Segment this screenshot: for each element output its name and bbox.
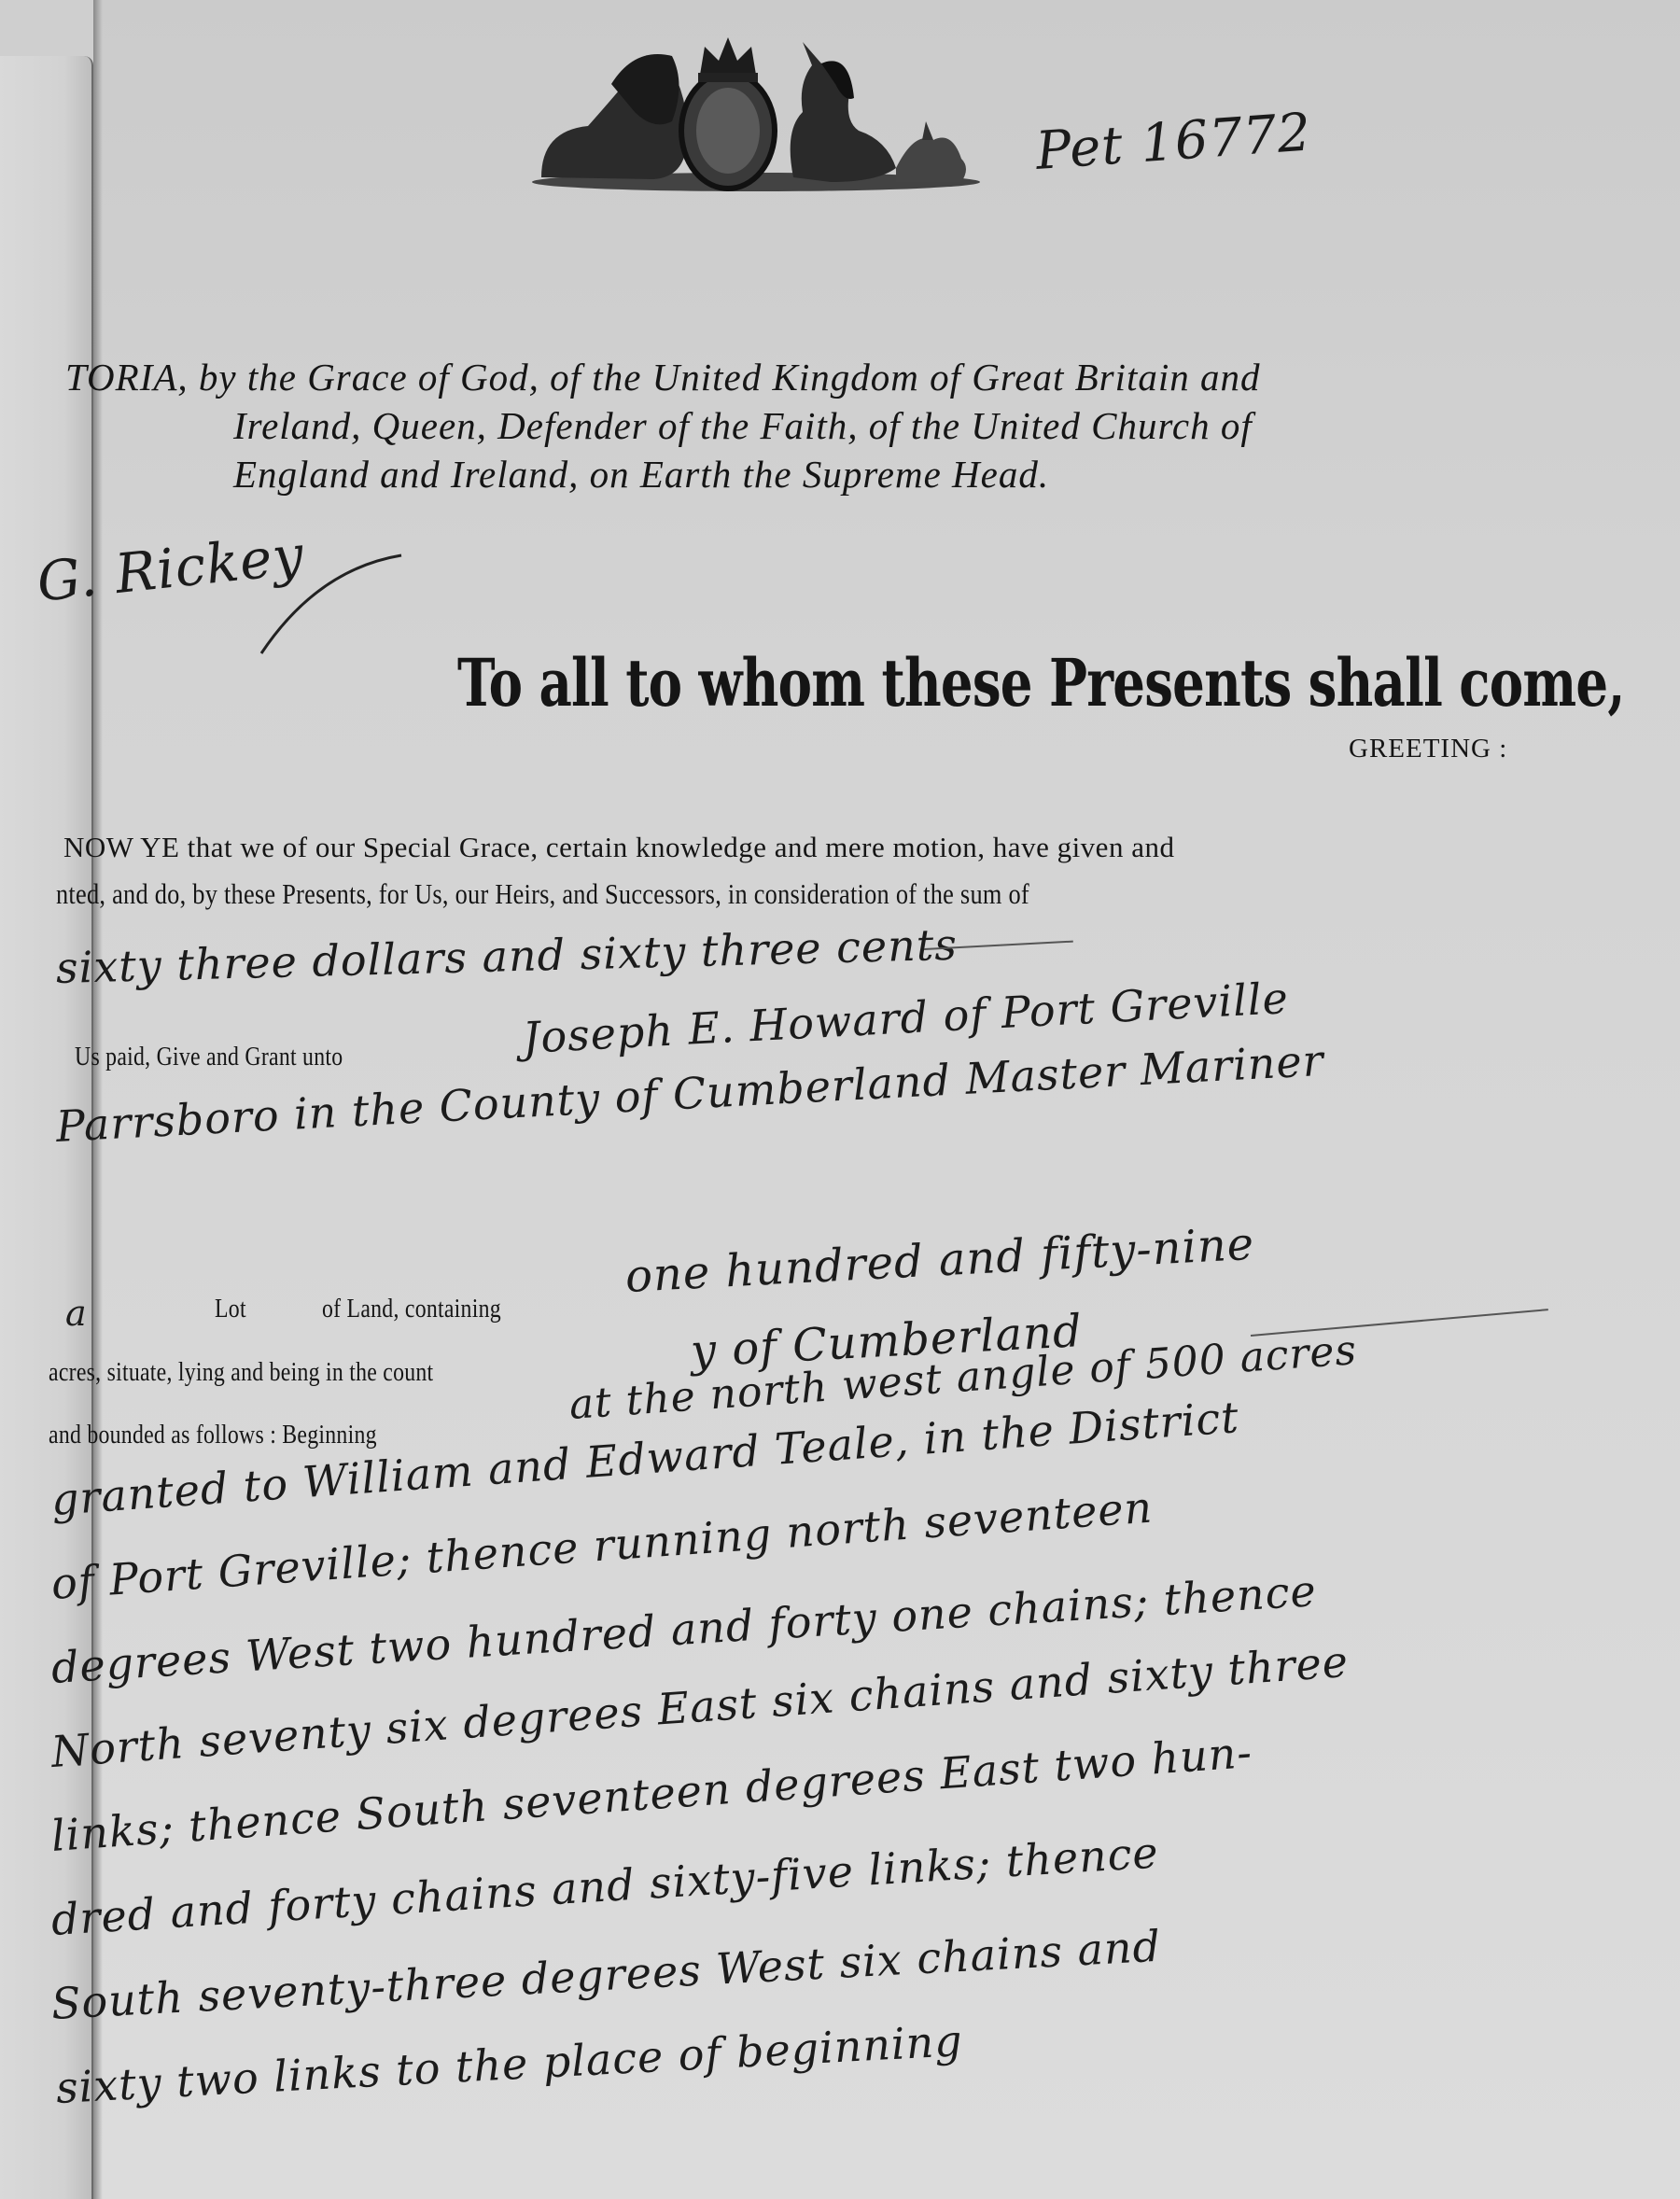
greeting-label: GREETING : [1349, 734, 1507, 764]
signature-flourish-icon [243, 551, 411, 663]
situate-label: acres, situate, lying and being in the c… [49, 1358, 433, 1388]
grant-document-page: Pet 16772 TORIA, by the Grace of God, of… [93, 0, 1680, 2199]
land-article-handwritten: a [65, 1293, 88, 1334]
acreage-handwritten: one hundred and fifty-nine [624, 1218, 1256, 1303]
land-lot-label: Lot [215, 1295, 246, 1324]
grantee-printed-prefix: Us paid, Give and Grant unto [75, 1043, 343, 1072]
description-line-9: sixty two links to the place of beginnin… [55, 2015, 964, 2113]
description-line-8: South seventy-three degrees West six cha… [50, 1921, 1163, 2029]
royal-coat-of-arms-icon [523, 28, 989, 196]
consideration-amount: sixty three dollars and sixty three cent… [55, 919, 958, 993]
preamble-line-2: nted, and do, by these Presents, for Us,… [56, 877, 1029, 911]
bounded-label: and bounded as follows : Beginning [49, 1421, 377, 1450]
petition-reference-note: Pet 16772 [1034, 102, 1314, 181]
presents-heading: To all to whom these Presents shall come… [457, 644, 1625, 721]
land-containing-label: of Land, containing [322, 1295, 501, 1324]
royal-style-line-3: England and Ireland, on Earth the Suprem… [233, 452, 1049, 497]
preamble-line-1: NOW YE that we of our Special Grace, cer… [63, 831, 1174, 864]
royal-style-line-1: TORIA, by the Grace of God, of the Unite… [65, 355, 1261, 399]
royal-style-line-2: Ireland, Queen, Defender of the Faith, o… [233, 403, 1253, 448]
